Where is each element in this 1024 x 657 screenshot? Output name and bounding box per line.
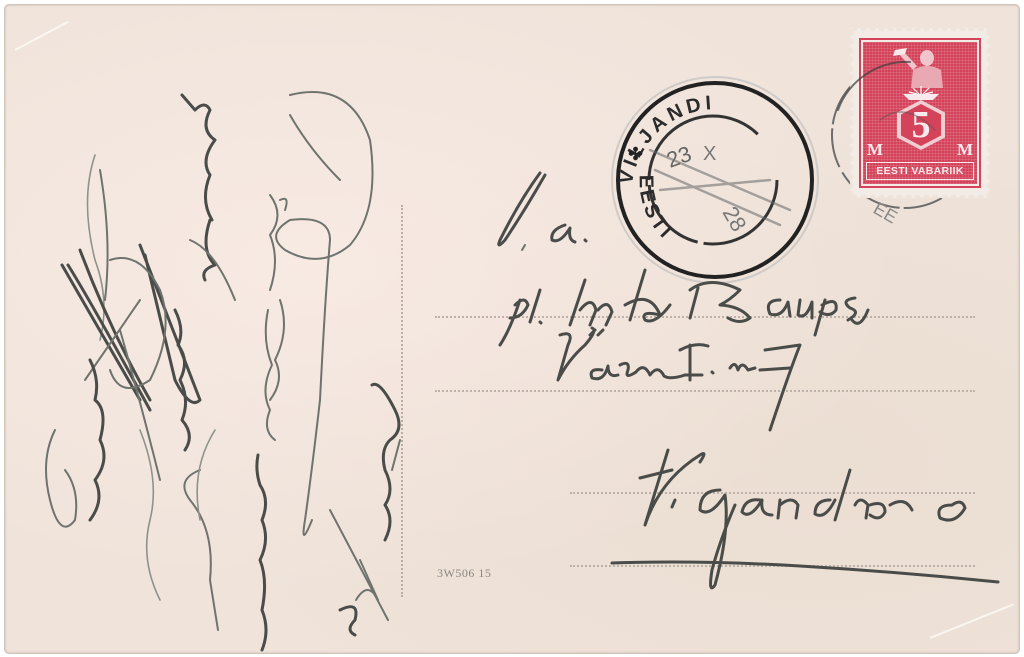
paper-crease <box>15 21 69 51</box>
stamp-currency-left: M <box>867 140 883 160</box>
address-line-2 <box>435 390 975 392</box>
stamp-value: 5 <box>897 102 945 148</box>
printer-code: 3W506 15 <box>437 566 491 581</box>
address-line-1 <box>435 316 975 318</box>
stamp-design: 5 M M EESTI VABARIIK <box>863 42 977 184</box>
stamp-currency-right: M <box>957 140 973 160</box>
message-address-divider <box>401 205 403 597</box>
address-line-3 <box>570 492 975 494</box>
blacksmith-icon <box>883 48 959 102</box>
postage-stamp: 5 M M EESTI VABARIIK <box>850 28 990 198</box>
stamp-country: EESTI VABARIIK <box>866 162 974 180</box>
paper-crease <box>930 603 1014 639</box>
address-line-4 <box>570 565 975 567</box>
